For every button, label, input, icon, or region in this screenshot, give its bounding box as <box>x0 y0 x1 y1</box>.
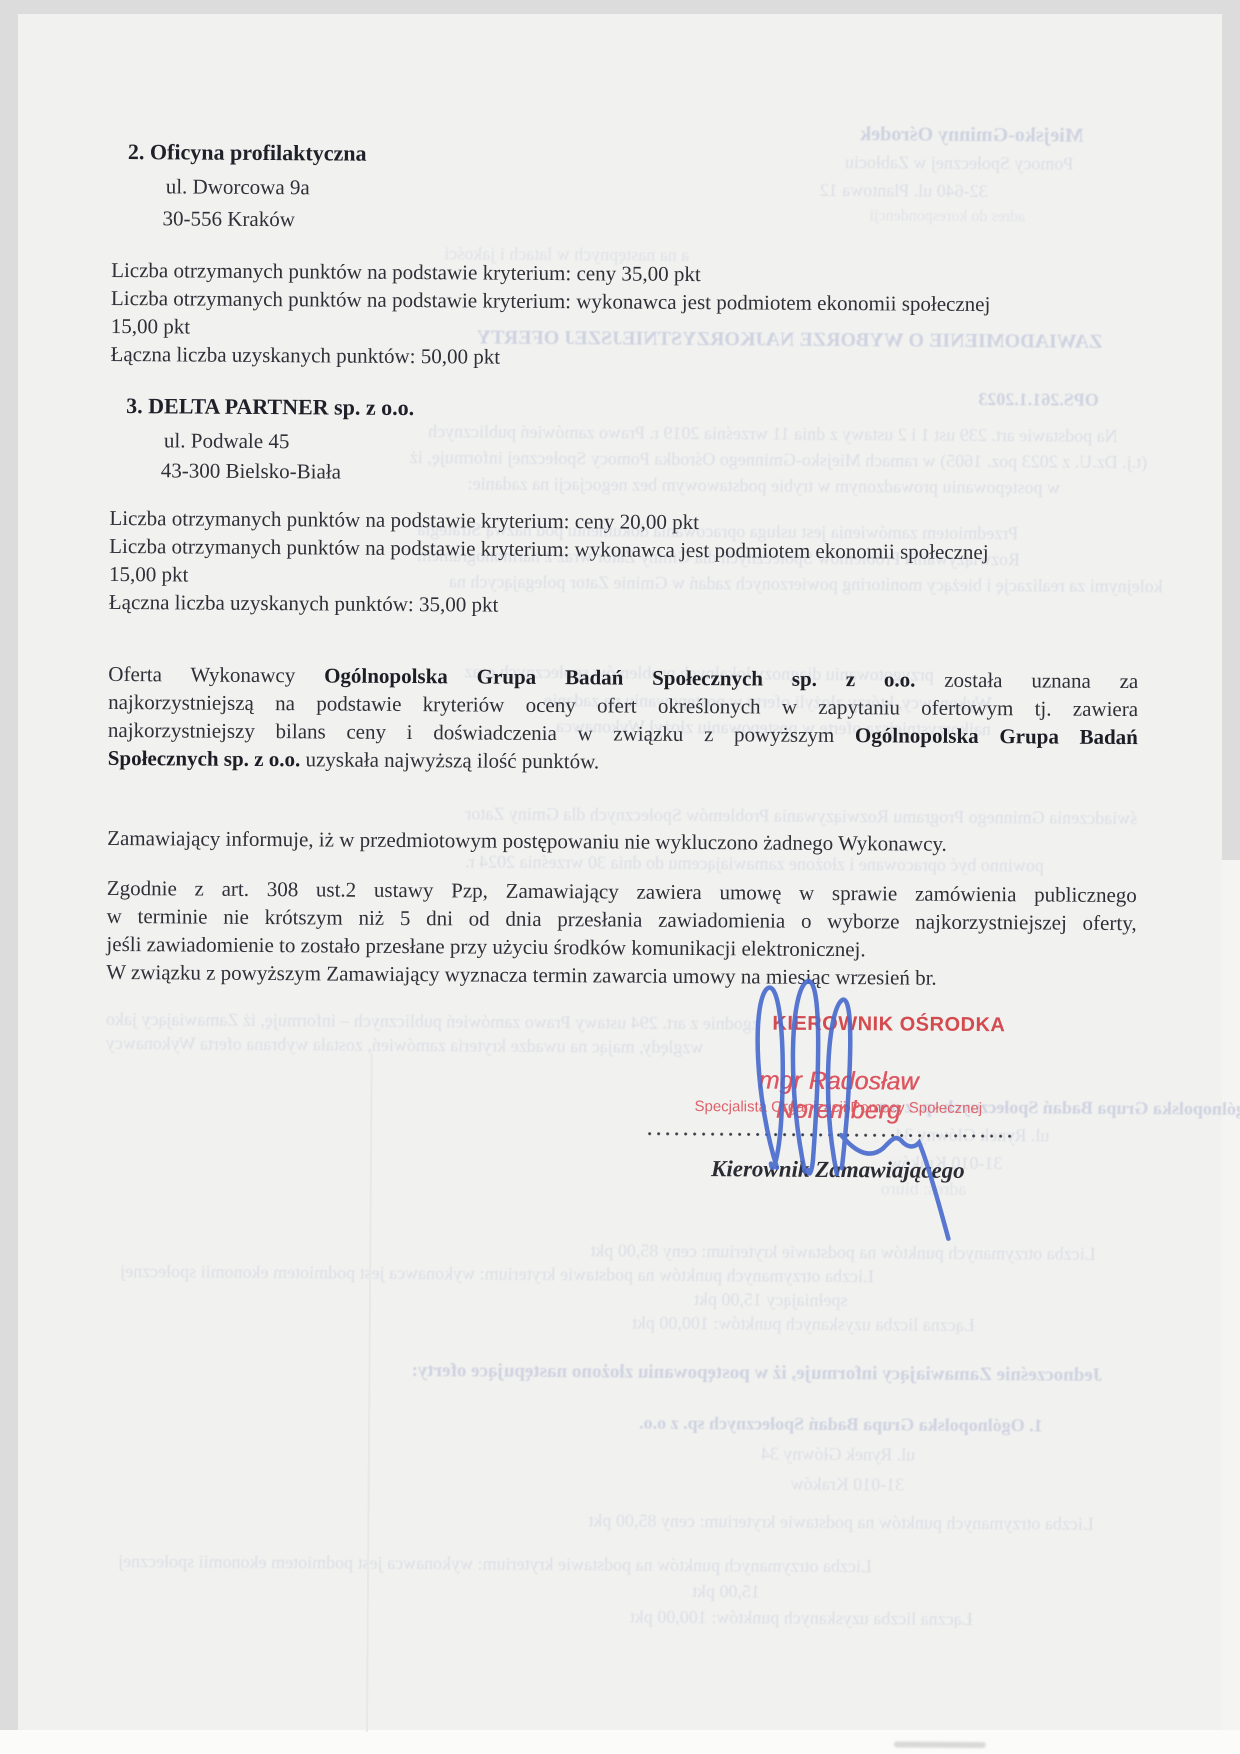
bleedthrough-line: względy, mając na uwadze kryteria zamówi… <box>106 1032 704 1058</box>
bidder-2-score-social: Liczba otrzymanych punktów na podstawie … <box>111 284 991 318</box>
bleedthrough-line: Łączna liczba uzyskanych punktów: 100,00… <box>632 1312 975 1336</box>
bleedthrough-line: zgodnie z art. 294 ustawy Prawo zamówień… <box>106 1008 760 1035</box>
bleedthrough-line: Jednocześnie Zamawiający informuje, iż w… <box>411 1360 1102 1387</box>
bleedthrough-line: Liczba otrzymanych punktów na podstawie … <box>118 1550 872 1577</box>
bidder-2-street: ul. Dworcowa 9a <box>166 172 310 201</box>
bidder-3-score-social-cont: 15,00 pkt <box>109 560 189 589</box>
bidder-3-score-social: Liczba otrzymanych punktów na podstawie … <box>109 532 989 566</box>
bidder-3-score-total: Łączna liczba uzyskanych punktów: 35,00 … <box>109 588 499 619</box>
bleedthrough-line: świadczenia Gminnego Programu Rozwiązywa… <box>465 802 1137 829</box>
bleedthrough-line: Pomocy Społecznej w Zabłociu <box>845 151 1074 175</box>
bleedthrough-line: 15,00 pkt <box>692 1580 760 1602</box>
handwritten-signature <box>680 949 982 1241</box>
bidder-3-street: ul. Podwale 45 <box>164 426 290 455</box>
document-content-layer: Miejsko-Gminny Ośrodek Pomocy Społecznej… <box>0 0 1240 1754</box>
bleedthrough-line: spełniający 15,00 pkt <box>694 1288 848 1311</box>
bidder-2-heading: 2. Oficyna profilaktyczna <box>128 138 367 168</box>
bleedthrough-line: Na podstawie art. 239 ust 1 i 2 ustawy z… <box>428 420 1118 447</box>
bleedthrough-line: w postępowaniu prowadzonym w trybie pods… <box>468 472 1060 498</box>
bidder-3-score-price: Liczba otrzymanych punktów na podstawie … <box>109 504 699 536</box>
bleedthrough-line: Liczba otrzymanych punktów na podstawie … <box>588 1509 1094 1535</box>
bleedthrough-line: Łączna liczba uzyskanych punktów: 100,00… <box>630 1606 973 1630</box>
bleedthrough-line: 31-010 Kraków <box>791 1473 905 1496</box>
paper-crease-line <box>366 1054 373 1732</box>
bidder-2-city: 30-556 Kraków <box>162 204 295 233</box>
bidder-2-score-total: Łączna liczba uzyskanych punktów: 50,00 … <box>110 340 500 371</box>
bleedthrough-line: 32-640 ul. Plantowa 12 <box>820 179 988 202</box>
scanned-document-page: { "document": { "bidders": [ { "heading"… <box>0 0 1240 1754</box>
bleedthrough-line: adres do korespondencji <box>869 205 1025 228</box>
bleedthrough-line: Liczba otrzymanych punktów na podstawie … <box>590 1239 1096 1265</box>
bidder-2-score-price: Liczba otrzymanych punktów na podstawie … <box>111 256 701 288</box>
bleedthrough-line: ZAWIADOMIENIE O WYBORZE NAJKORZYSTNIEJSZ… <box>477 326 1103 352</box>
bleedthrough-line: Miejsko-Gminny Ośrodek <box>860 123 1084 147</box>
bleedthrough-line: OPS.261.1.2023 <box>978 388 1099 411</box>
bidder-3-city: 43-300 Bielsko-Biała <box>161 456 341 485</box>
bleedthrough-line: kolejnymi za realizację i bieżący monito… <box>449 570 1163 597</box>
bleedthrough-line: ul. Rynek Główny 34 <box>761 1443 915 1466</box>
award-paragraph-line: Społecznych sp. z o.o. uzyskała najwyższ… <box>108 744 600 775</box>
bleedthrough-line: (t.j. Dz.U. z 2023 poz. 1605) w ramach M… <box>410 446 1147 473</box>
bleedthrough-line: Liczba otrzymanych punktów na podstawie … <box>120 1260 874 1287</box>
bidder-3-heading: 3. DELTA PARTNER sp. z o.o. <box>126 392 414 422</box>
scan-smudge <box>894 1741 986 1748</box>
bleedthrough-line: 1. Ogólnopolska Grupa Badań Społecznych … <box>639 1412 1043 1437</box>
bidder-2-score-social-cont: 15,00 pkt <box>111 312 191 341</box>
no-exclusion-note: Zamawiający informuje, iż w przedmiotowy… <box>107 824 947 858</box>
